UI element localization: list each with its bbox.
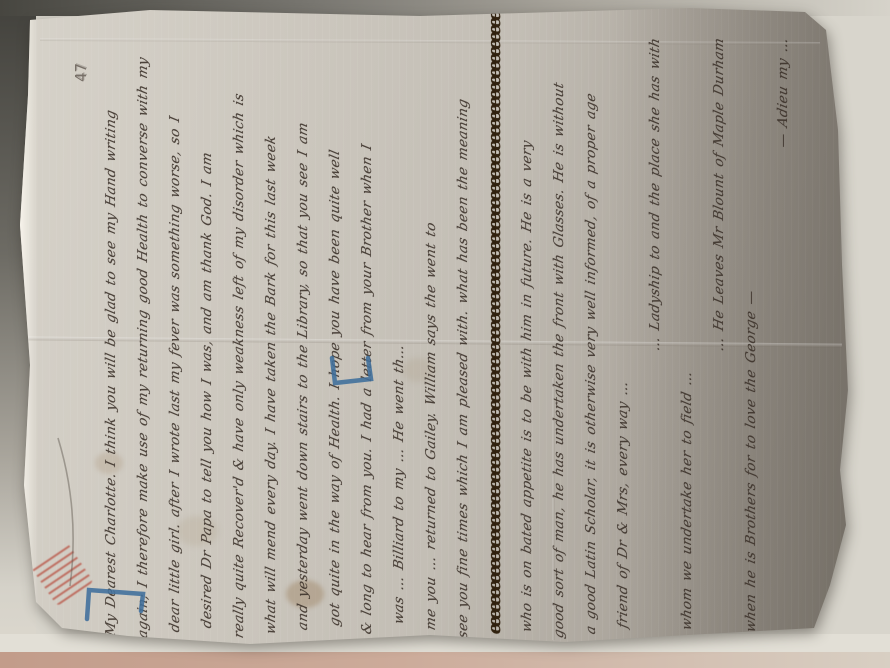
- photo-of-manuscript-letter: My Dearest Charlotte. I think you will b…: [0, 0, 890, 668]
- manuscript-paper: My Dearest Charlotte. I think you will b…: [0, 0, 890, 668]
- paper-sheet: My Dearest Charlotte. I think you will b…: [0, 0, 890, 668]
- stray-pencil-stroke: [0, 0, 890, 668]
- letter-dateline: Copley June the 26th 1766: [8, 172, 23, 351]
